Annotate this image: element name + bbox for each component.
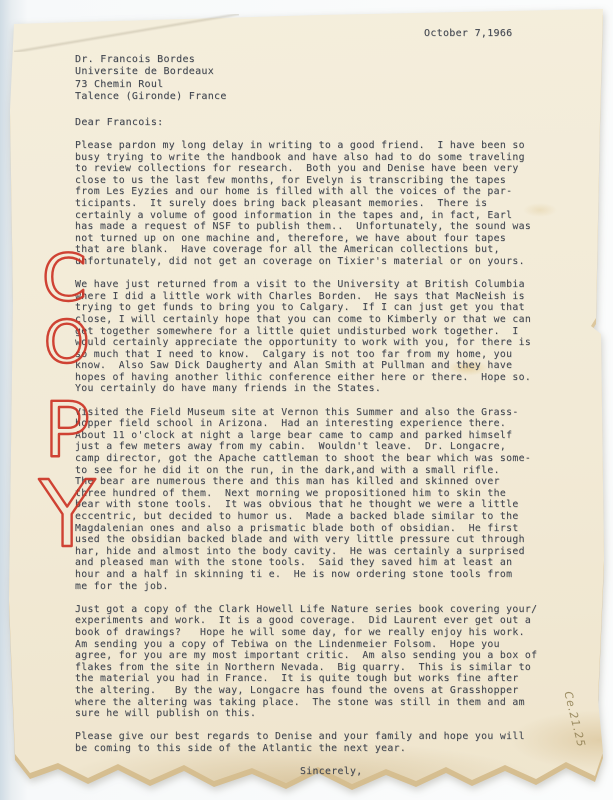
letter-date: October 7,1966 xyxy=(424,28,513,39)
paragraph-2: We have just returned from a visit to th… xyxy=(75,279,575,395)
copy-stamp-letter-c: C xyxy=(42,242,87,316)
paragraph-4: Just got a copy of the Clark Howell Life… xyxy=(75,604,575,720)
copy-stamp-letter-o: O xyxy=(44,308,90,376)
recipient-street: 73 Chemin Roul xyxy=(75,79,227,91)
copy-stamp: C O P Y xyxy=(34,236,114,566)
recipient-university: Universite de Bordeaux xyxy=(75,66,227,78)
closing-sincerely: Sincerely, xyxy=(75,766,575,778)
paragraph-1: Please pardon my long delay in writing t… xyxy=(75,140,575,268)
recipient-name: Dr. Francois Bordes xyxy=(75,54,227,66)
recipient-city: Talence (Gironde) France xyxy=(75,91,227,103)
copy-stamp-letter-y: Y xyxy=(38,461,96,566)
paragraph-5: Please give our best regards to Denise a… xyxy=(75,731,575,754)
paragraph-3: Visited the Field Museum site at Vernon … xyxy=(75,407,575,593)
recipient-address: Dr. Francois Bordes Universite de Bordea… xyxy=(75,54,227,104)
letter-body: Please pardon my long delay in writing t… xyxy=(75,140,575,778)
salutation: Dear Francois: xyxy=(75,117,164,128)
